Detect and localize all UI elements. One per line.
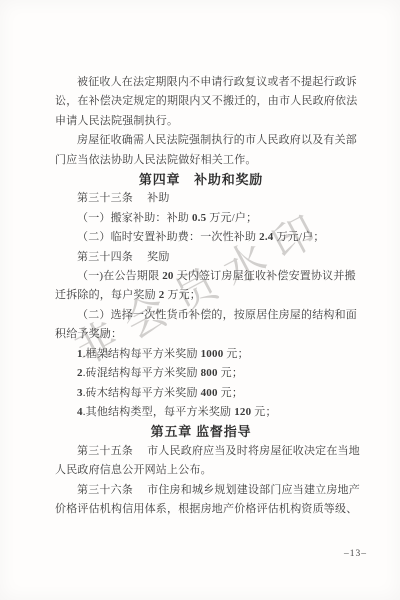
numeric-value: 120 — [234, 406, 251, 418]
numeric-value: 1 — [77, 348, 83, 360]
text-line: 积给予奖励： — [55, 325, 347, 344]
numeric-value: 20 — [162, 270, 173, 282]
numeric-value: 2.4 — [259, 231, 273, 243]
text-line: 第三十三条 补助 — [55, 189, 347, 208]
numeric-value: 1000 — [201, 348, 224, 360]
text-line: 人民政府信息公开网站上公布。 — [55, 461, 347, 480]
text-line: 门应当依法协助人民法院做好相关工作。 — [55, 151, 347, 170]
text-line: 3.砖木结构每平方米奖励 400 元； — [55, 384, 347, 403]
text-line: 4.其他结构类型，每平方米奖励 120 元； — [55, 403, 347, 422]
numeric-value: 3 — [77, 387, 83, 399]
numeric-value: 800 — [201, 367, 218, 379]
numeric-value: 2 — [77, 367, 83, 379]
text-line: 价格评估机构信用体系，根据房地产价格评估机构资质等级、 — [55, 500, 347, 519]
text-line: 申请人民法院强制执行。 — [55, 112, 347, 131]
document-body: 被征收人在法定期限内不申请行政复议或者不提起行政诉讼，在补偿决定规定的期限内又不… — [55, 73, 347, 519]
numeric-value: 4 — [77, 406, 83, 418]
chapter-heading: 第五章 监督指导 — [55, 422, 347, 441]
text-line: 第三十六条 市住房和城乡规划建设部门应当建立房地产 — [55, 481, 347, 500]
text-line: 2.砖混结构每平方米奖励 800 元； — [55, 364, 347, 383]
chapter-heading: 第四章 补助和奖励 — [55, 170, 347, 189]
text-line: 房屋征收确需人民法院强制执行的市人民政府以及有关部 — [55, 131, 347, 150]
page-number: –13– — [344, 549, 367, 559]
text-line: （二）选择一次性货币补偿的，按原居住房屋的结构和面 — [55, 306, 347, 325]
text-line: 迁拆除的，每户奖励 2 万元； — [55, 286, 347, 305]
text-line: （一）搬家补助：补助 0.5 万元/户； — [55, 209, 347, 228]
numeric-value: 2 — [159, 289, 165, 301]
text-line: 讼，在补偿决定规定的期限内又不搬迁的，由市人民政府依法 — [55, 92, 347, 111]
text-line: （二）临时安置补助费：一次性补助 2.4 万元/户； — [55, 228, 347, 247]
numeric-value: 400 — [201, 387, 218, 399]
text-line: 被征收人在法定期限内不申请行政复议或者不提起行政诉 — [55, 73, 347, 92]
numeric-value: 0.5 — [192, 212, 206, 224]
text-line: （一)在公告期限 20 天内签订房屋征收补偿安置协议并搬 — [55, 267, 347, 286]
document-page: 非会员水印 被征收人在法定期限内不申请行政复议或者不提起行政诉讼，在补偿决定规定… — [0, 0, 400, 600]
text-line: 1.框架结构每平方米奖励 1000 元； — [55, 345, 347, 364]
text-line: 第三十四条 奖励 — [55, 248, 347, 267]
text-line: 第三十五条 市人民政府应当及时将房屋征收决定在当地 — [55, 442, 347, 461]
